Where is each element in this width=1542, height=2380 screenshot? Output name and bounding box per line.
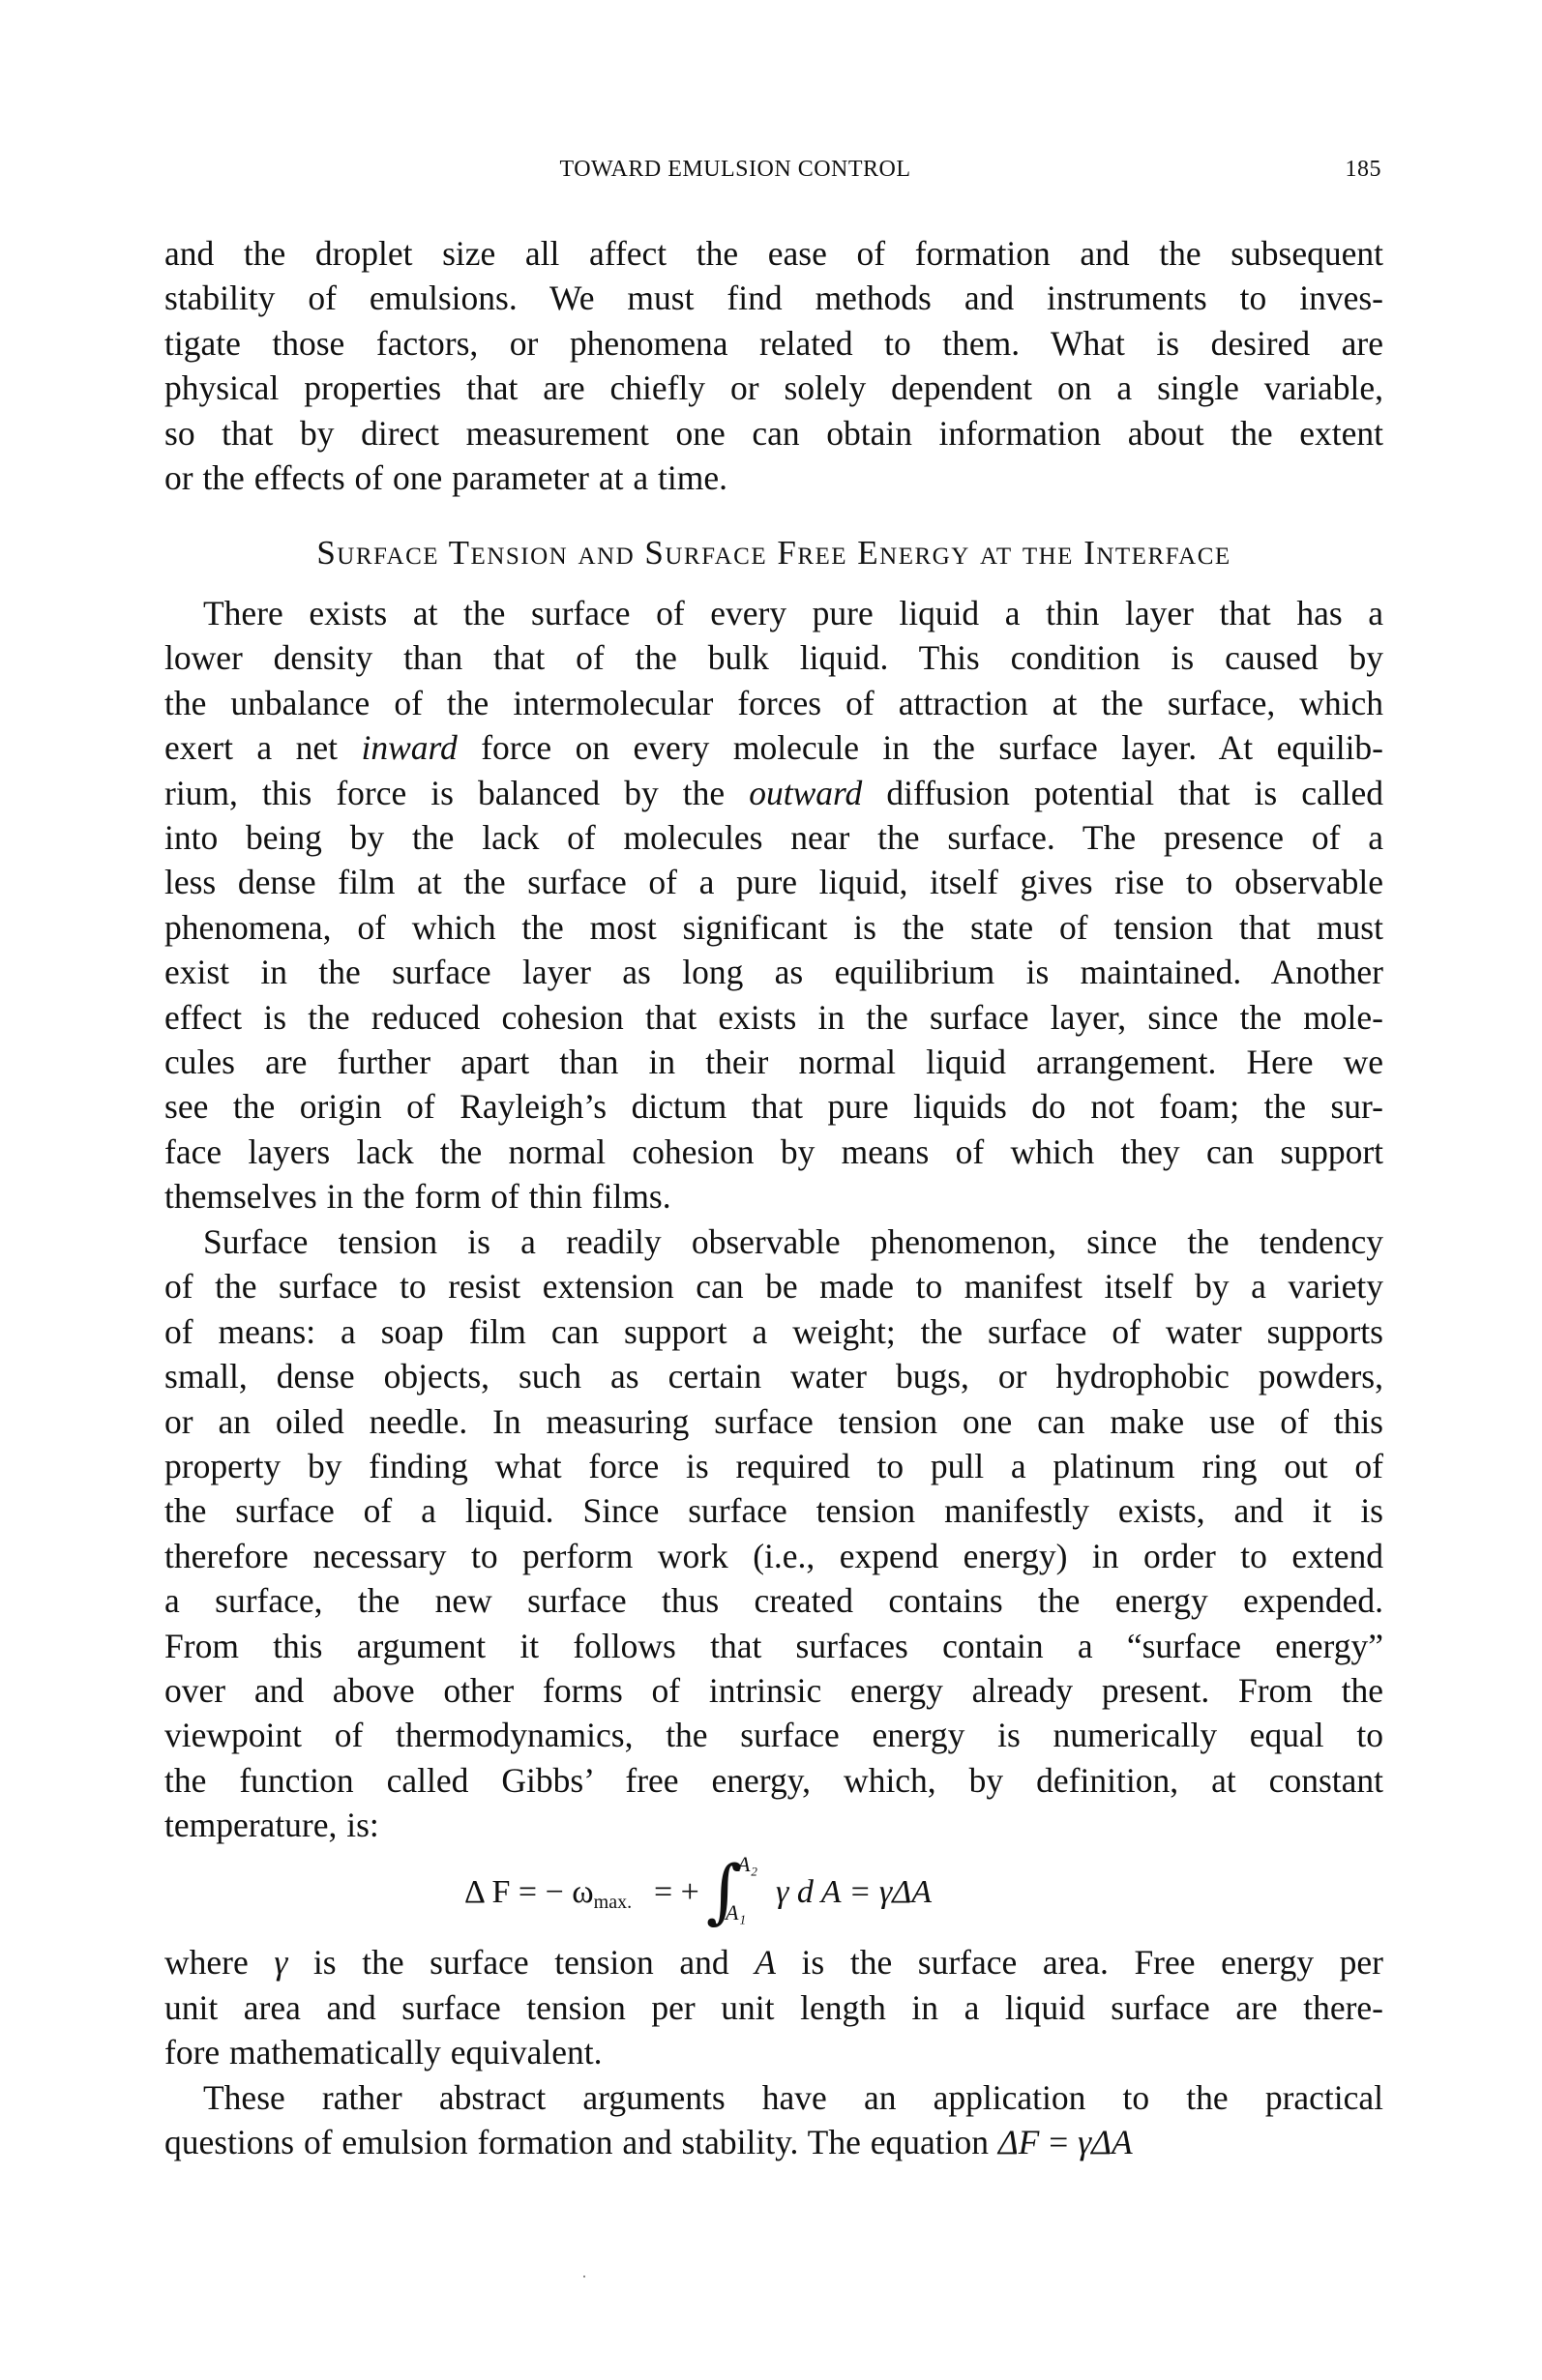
text-line: property by finding what force is requir… <box>164 1444 1383 1488</box>
text-line: temperature, is: <box>164 1803 1383 1847</box>
upper-limit: A₂ <box>737 1852 757 1877</box>
text-line: a surface, the new surface thus created … <box>164 1578 1383 1623</box>
text-line: face layers lack the normal cohesion by … <box>164 1130 1383 1174</box>
text-line: the surface of a liquid. Since surface t… <box>164 1488 1383 1533</box>
text-line: unit area and surface tension per unit l… <box>164 1985 1383 2030</box>
gibbs-free-energy-equation: Δ F = − ωmax. = + ∫ A₂ A₁ γ d A = γΔA <box>464 1852 987 1929</box>
text-line: small, dense objects, such as certain wa… <box>164 1354 1383 1398</box>
text-line: physical properties that are chiefly or … <box>164 366 1383 410</box>
book-page: Toward Emulsion Control 185 Surface Tens… <box>0 0 1542 2380</box>
italic-term: γ <box>274 1943 287 1982</box>
text-line: phenomena, of which the most significant… <box>164 905 1383 950</box>
text-line: over and above other forms of intrinsic … <box>164 1668 1383 1713</box>
text-line: fore mathematically equivalent. <box>164 2030 1383 2074</box>
text-line: From this argument it follows that surfa… <box>164 1624 1383 1668</box>
italic-term: γΔA <box>1078 2123 1133 2161</box>
text-line: of the surface to resist extension can b… <box>164 1264 1383 1308</box>
text-line: of means: a soap film can support a weig… <box>164 1309 1383 1354</box>
italic-term: outward <box>749 774 862 812</box>
text-line: stability of emulsions. We must find met… <box>164 276 1383 320</box>
text-line: lower density than that of the bulk liqu… <box>164 635 1383 680</box>
italic-term: inward <box>361 728 457 767</box>
equation-subscript: max. <box>594 1892 632 1913</box>
text-line: tigate those factors, or phenomena relat… <box>164 321 1383 366</box>
text-line: viewpoint of thermodynamics, the surface… <box>164 1713 1383 1757</box>
text-line: the function called Gibbs’ free energy, … <box>164 1758 1383 1803</box>
equation-equals-plus: = + <box>654 1873 699 1912</box>
text-line: cules are further apart than in their no… <box>164 1040 1383 1084</box>
text-line: There exists at the surface of every pur… <box>164 591 1383 635</box>
italic-term: ΔF <box>998 2123 1040 2161</box>
text-line: or an oiled needle. In measuring surface… <box>164 1399 1383 1444</box>
italic-term: A <box>755 1943 776 1982</box>
equation-lhs-text: Δ F = − ω <box>464 1874 594 1910</box>
text-line: exert a net inward force on every molecu… <box>164 725 1383 770</box>
text-line: the unbalance of the intermolecular forc… <box>164 681 1383 725</box>
text-line: Surface tension is a readily observable … <box>164 1219 1383 1264</box>
text-line: exist in the surface layer as long as eq… <box>164 950 1383 994</box>
equation-rhs: γ d A = γΔA <box>776 1873 932 1912</box>
text-line: and the droplet size all affect the ease… <box>164 231 1383 276</box>
running-title: Toward Emulsion Control <box>164 155 1306 184</box>
text-line: rium, this force is balanced by the outw… <box>164 771 1383 815</box>
text-line: or the effects of one parameter at a tim… <box>164 455 1383 500</box>
scan-speck <box>583 2276 585 2277</box>
text-line: see the origin of Rayleigh’s dictum that… <box>164 1084 1383 1129</box>
section-heading: Surface Tension and Surface Free Energy … <box>164 531 1383 575</box>
text-line: where γ is the surface tension and A is … <box>164 1940 1383 1984</box>
text-line: effect is the reduced cohesion that exis… <box>164 995 1383 1040</box>
text-line: questions of emulsion formation and stab… <box>164 2120 1383 2164</box>
page-number: 185 <box>1346 155 1382 184</box>
text-line: therefore necessary to perform work (i.e… <box>164 1534 1383 1578</box>
equation-lhs: Δ F = − ωmax. <box>464 1873 632 1922</box>
text-line: themselves in the form of thin films. <box>164 1174 1383 1219</box>
text-line: into being by the lack of molecules near… <box>164 815 1383 860</box>
running-head: Toward Emulsion Control 185 <box>164 155 1383 184</box>
lower-limit: A₁ <box>726 1900 746 1925</box>
text-line: so that by direct measurement one can ob… <box>164 411 1383 455</box>
text-line: less dense film at the surface of a pure… <box>164 860 1383 904</box>
text-line: These rather abstract arguments have an … <box>164 2075 1383 2120</box>
